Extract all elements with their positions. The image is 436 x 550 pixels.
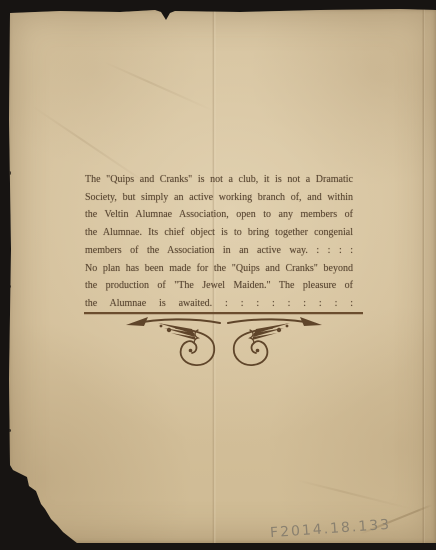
document-line: the Alumnae. Its chief object is to brin… xyxy=(85,224,353,242)
document-line: members of the Association in an active … xyxy=(85,242,353,260)
photo-background: The "Quips and Cranks" is not a club, it… xyxy=(0,0,436,550)
document-line: Society, but simply an active working br… xyxy=(85,189,353,207)
paper-wrinkle xyxy=(296,479,413,510)
paper-wrinkle xyxy=(104,61,214,112)
document-line: the production of "The Jewel Maiden." Th… xyxy=(85,277,353,295)
document-line: The "Quips and Cranks" is not a club, it… xyxy=(85,171,353,189)
paper-speck xyxy=(8,171,11,175)
document-line: the Veltin Alumnae Association, open to … xyxy=(85,206,353,224)
fold-crease-vertical-right xyxy=(422,9,425,543)
divider-rule xyxy=(84,312,363,314)
document-line: No plan has been made for the "Quips and… xyxy=(85,260,353,278)
body-text: The "Quips and Cranks" is not a club, it… xyxy=(85,171,353,313)
flourish-ornament-icon xyxy=(104,316,344,372)
document-line: the Alumnae is awaited. : : : : : : : : … xyxy=(85,295,353,313)
paper-speck xyxy=(9,285,11,288)
catalog-number-annotation: F2014.18.133 xyxy=(270,517,392,541)
paper-speck xyxy=(8,429,11,432)
paper-sheet: The "Quips and Cranks" is not a club, it… xyxy=(8,9,436,543)
